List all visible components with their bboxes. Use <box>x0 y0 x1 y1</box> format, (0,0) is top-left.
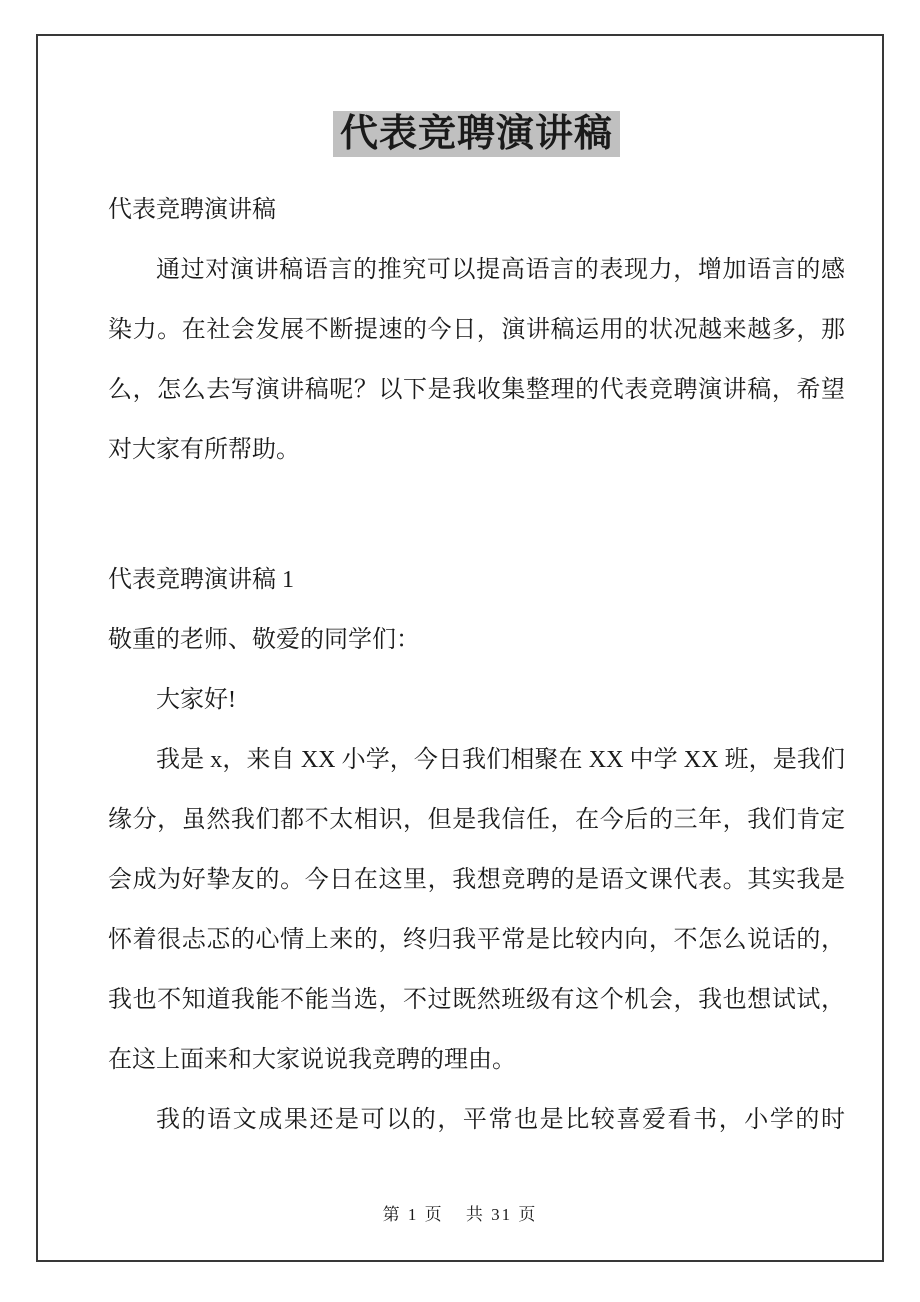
paragraph: 我的语文成果还是可以的，平常也是比较喜爱看书，小学的时候， <box>108 1090 845 1150</box>
text-line: 染力。在社会发展不断提速的今日，演讲稿运用的状况越来越多，那 <box>108 300 845 360</box>
document-title: 代表竞聘演讲稿 <box>108 111 845 157</box>
footer-page-number: 第 1 页 <box>383 1205 444 1224</box>
text-line: 在这上面来和大家说说我竞聘的理由。 <box>108 1030 845 1090</box>
text-line: 代表竞聘演讲稿 <box>108 180 845 240</box>
text-line: 怀着很忐忑的心情上来的，终归我平常是比较内向，不怎么说话的， <box>108 910 845 970</box>
text-line: 我是 x，来自 XX 小学，今日我们相聚在 XX 中学 XX 班，是我们的 <box>108 730 845 790</box>
text-line: 会成为好挚友的。今日在这里，我想竞聘的是语文课代表。其实我是 <box>108 850 845 910</box>
page-footer: 第 1 页 共 31 页 <box>36 1200 884 1225</box>
paragraph: 代表竞聘演讲稿 <box>108 180 845 240</box>
text-line: 大家好! <box>108 670 845 730</box>
paragraph: 我是 x，来自 XX 小学，今日我们相聚在 XX 中学 XX 班，是我们的缘分，… <box>108 730 845 1090</box>
text-line: 我的语文成果还是可以的，平常也是比较喜爱看书，小学的时候， <box>108 1090 845 1150</box>
text-line: 缘分，虽然我们都不太相识，但是我信任，在今后的三年，我们肯定 <box>108 790 845 850</box>
paragraph: 通过对演讲稿语言的推究可以提高语言的表现力，增加语言的感染力。在社会发展不断提速… <box>108 240 845 480</box>
text-line: 代表竞聘演讲稿 1 <box>108 550 845 610</box>
text-line: 么，怎么去写演讲稿呢？以下是我收集整理的代表竞聘演讲稿，希望 <box>108 360 845 420</box>
text-line: 敬重的老师、敬爱的同学们： <box>108 610 845 670</box>
document-body: 代表竞聘演讲稿通过对演讲稿语言的推究可以提高语言的表现力，增加语言的感染力。在社… <box>108 180 845 1150</box>
text-line: 我也不知道我能不能当选，不过既然班级有这个机会，我也想试试， <box>108 970 845 1030</box>
text-line: 通过对演讲稿语言的推究可以提高语言的表现力，增加语言的感 <box>108 240 845 300</box>
title-highlight: 代表竞聘演讲稿 <box>333 111 620 157</box>
paragraph: 代表竞聘演讲稿 1 <box>108 550 845 610</box>
footer-total-pages: 共 31 页 <box>466 1205 538 1224</box>
text-line: 对大家有所帮助。 <box>108 420 845 480</box>
paragraph <box>108 480 845 550</box>
paragraph: 敬重的老师、敬爱的同学们： <box>108 610 845 670</box>
blank-line <box>108 480 845 550</box>
paragraph: 大家好! <box>108 670 845 730</box>
